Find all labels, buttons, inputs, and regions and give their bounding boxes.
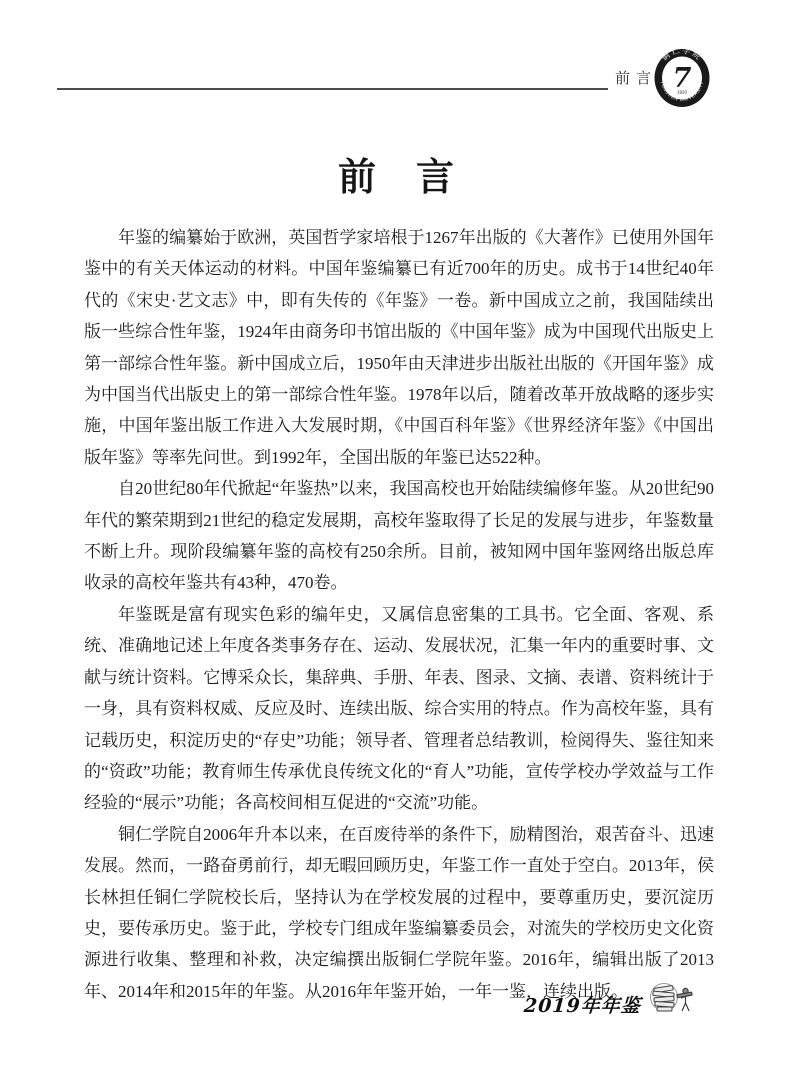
seal-year: 1920 xyxy=(677,90,688,95)
paragraph-tongren-yearbook: 铜仁学院自2006年升本以来，在百废待举的条件下，励精图治，艰苦奋斗、迅速发展。… xyxy=(84,819,714,1007)
paragraph-yearbook-functions: 年鉴既是富有现实色彩的编年史，又属信息密集的工具书。它全面、客观、系统、准确地记… xyxy=(84,599,714,819)
paragraph-yearbook-history: 年鉴的编纂始于欧洲，英国哲学家培根于1267年出版的《大著作》已使用外国年鉴中的… xyxy=(84,222,714,473)
footer-yearbook-label: 2019年年鉴 xyxy=(523,991,642,1018)
yearbook-preface-page: 前言 铜仁学院 TONGREN UNIVERSITY 7 1920 前 言 年鉴… xyxy=(0,0,793,1077)
preface-body: 年鉴的编纂始于欧洲，英国哲学家培根于1267年出版的《大著作》已使用外国年鉴中的… xyxy=(84,222,714,1007)
running-head-label: 前言 xyxy=(615,67,657,88)
page-title: 前 言 xyxy=(0,146,793,201)
university-seal-svg: 铜仁学院 TONGREN UNIVERSITY 7 1920 xyxy=(653,47,711,109)
page-footer: 2019年年鉴 xyxy=(524,982,695,1026)
university-seal-icon: 铜仁学院 TONGREN UNIVERSITY 7 1920 xyxy=(653,47,711,109)
paragraph-university-yearbooks: 自20世纪80年代掀起“年鉴热”以来，我国高校也开始陆续编修年鉴。从20世纪90… xyxy=(84,473,714,599)
header-divider xyxy=(57,88,608,90)
books-and-figure-icon xyxy=(647,982,695,1026)
